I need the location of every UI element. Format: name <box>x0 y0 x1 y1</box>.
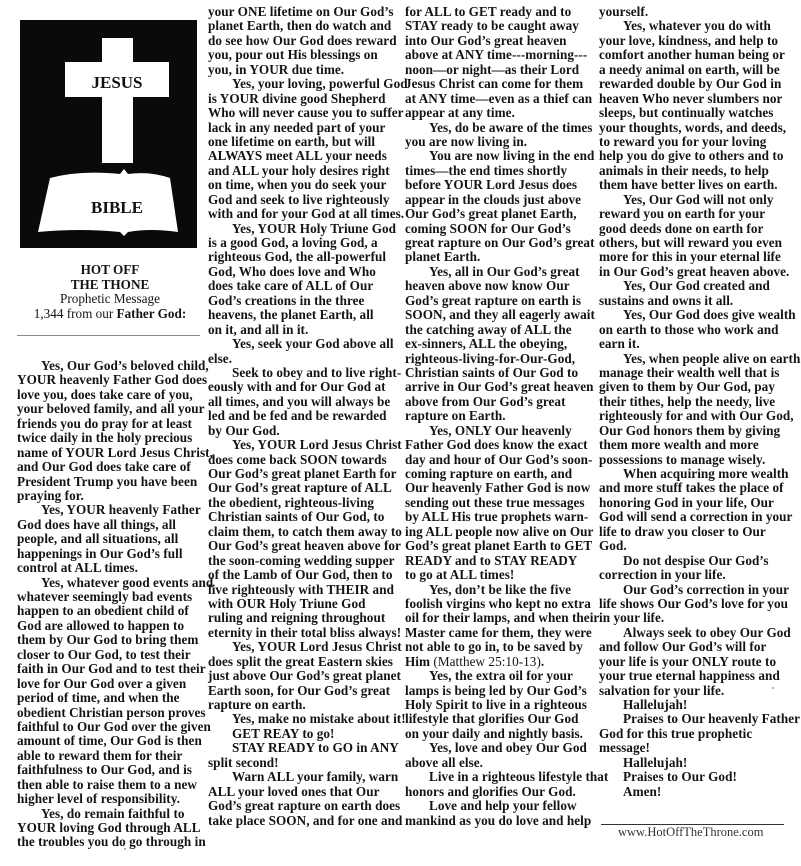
text-line: Father God does know the exact <box>405 438 597 452</box>
text-line: is YOUR divine good Shepherd <box>208 92 400 106</box>
text-line: Our God’s great planet Earth for <box>208 467 400 481</box>
text-line: reward you on earth for your <box>599 207 799 221</box>
text-line: foolish virgins who kept no extra <box>405 597 597 611</box>
text-line: happenings in Our God’s full <box>17 547 207 561</box>
text-line: live righteously with THEIR and <box>208 583 400 597</box>
text-line: Do not despise Our God’s <box>599 554 799 568</box>
text-line: you, in YOUR due time. <box>208 63 400 77</box>
text-line: at ANY time—even as a thief can <box>405 92 597 106</box>
text-line: sustains and owns it all. <box>599 294 799 308</box>
text-line: given to them by Our God, pay <box>599 380 799 394</box>
text-line: Yes, do remain faithful to <box>17 807 207 821</box>
text-line: does come back SOON towards <box>208 453 400 467</box>
text-line: split second! <box>208 756 400 770</box>
text-line: noon—or night—as their Lord <box>405 63 597 77</box>
text-line: faithfulness to Our God, and is <box>17 763 207 777</box>
text-line: help you do give to others and to <box>599 149 799 163</box>
text-line: God and seek to live righteously <box>208 193 400 207</box>
text-line: SOON, and they all eagerly await <box>405 308 597 322</box>
text-line: whatever seemingly bad events <box>17 590 207 604</box>
text-line: Seek to obey and to live right- <box>208 366 400 380</box>
text-line: righteous God, the all-powerful <box>208 250 400 264</box>
text-line: rewarded double by Our God in <box>599 77 799 91</box>
cross-label: JESUS <box>91 73 142 92</box>
text-line: Yes, all in Our God’s great <box>405 265 597 279</box>
speck <box>772 687 774 689</box>
text-line: the catching away of ALL the <box>405 323 597 337</box>
text-line: by Our God. <box>208 424 400 438</box>
text-line: lifestyle that glorifies Our God <box>405 712 597 726</box>
text-line: animals in their needs, to help <box>599 164 799 178</box>
text-line: Christian saints of Our God, to <box>208 510 400 524</box>
text-line: Live in a righteous lifestyle that <box>405 770 597 784</box>
text-line: arrive in Our God’s great heaven <box>405 380 597 394</box>
text-line: on earth to those who work and <box>599 323 799 337</box>
text-line: sending out these true messages <box>405 496 597 510</box>
text-line: eternity in their total bliss always! <box>208 626 400 640</box>
text-line: Love and help your fellow <box>405 799 597 813</box>
text-line: God’s creations in the three <box>208 294 400 308</box>
text-line: Yes, Our God will not only <box>599 193 799 207</box>
text-line: them more wealth and more <box>599 438 799 452</box>
text-line: God are allowed to happen to <box>17 619 207 633</box>
text-line: possessions to manage wisely. <box>599 453 799 467</box>
text-line: obedient Christian person proves <box>17 706 207 720</box>
text-line: and more stuff takes the place of <box>599 481 799 495</box>
text-line: with OUR Holy Triune God <box>208 597 400 611</box>
text-line: Yes, Our God’s beloved child, <box>17 359 207 373</box>
text-line: manage their wealth well that is <box>599 366 799 380</box>
text-line: then able to raise them to a new <box>17 778 207 792</box>
text-line: one lifetime on earth, but will <box>208 135 400 149</box>
text-line: God’s great rapture on earth does <box>208 799 400 813</box>
text-line: above all else. <box>405 756 597 770</box>
text-line: righteously for and with Our God, <box>599 409 799 423</box>
text-line: else. <box>208 352 400 366</box>
text-line: ing ALL people now alive on Our <box>405 525 597 539</box>
text-line: Earth soon, for Our God’s great <box>208 684 400 698</box>
text-line: do see how Our God does reward <box>208 34 400 48</box>
text-line: to go at ALL times! <box>405 568 597 582</box>
message-number-text: 1,344 from our <box>34 306 117 321</box>
text-line: praying for. <box>17 489 207 503</box>
text-line: When acquiring more wealth <box>599 467 799 481</box>
text-line: God does have all things, all <box>17 518 207 532</box>
text-line: Yes, YOUR Lord Jesus Christ <box>208 640 400 654</box>
text-line: closer to Our God, to test their <box>17 648 207 662</box>
text-line: Always seek to obey Our God <box>599 626 799 640</box>
text-line: Amen! <box>599 785 799 799</box>
text-line: Yes, do be aware of the times <box>405 121 597 135</box>
text-line: and follow Our God’s will for <box>599 640 799 654</box>
text-line: Christian saints of Our God to <box>405 366 597 380</box>
text-line: coming rapture on earth, and <box>405 467 597 481</box>
text-line: the soon-coming wedding supper <box>208 554 400 568</box>
text-line: rapture on earth. <box>208 698 400 712</box>
text-line: Yes, your loving, powerful God <box>208 77 400 91</box>
text-line: lack in any needed part of your <box>208 121 400 135</box>
text-line: you, pour out His blessings on <box>208 48 400 62</box>
text-line: Yes, love and obey Our God <box>405 741 597 755</box>
text-line: your love, kindness, and help to <box>599 34 799 48</box>
text-line: God’s great rapture on earth is <box>405 294 597 308</box>
text-line: Yes, don’t be like the five <box>405 583 597 597</box>
text-line: in your life. <box>599 611 799 625</box>
text-line: Our God’s great heaven above for <box>208 539 400 553</box>
text-line: Yes, the extra oil for your <box>405 669 597 683</box>
text-line: Our God honors them by giving <box>599 424 799 438</box>
article-column-4: yourself.Yes, whatever you do withyour l… <box>599 5 799 799</box>
speck <box>124 848 126 850</box>
text-line: above from Our God’s great <box>405 395 597 409</box>
text-line: ALL your loved ones that Our <box>208 785 400 799</box>
text-line: ruling and reigning throughout <box>208 611 400 625</box>
book-label: BIBLE <box>91 198 143 217</box>
text-line: President Trump you have been <box>17 475 207 489</box>
text-line: for ALL to GET ready and to <box>405 5 597 19</box>
message-caption: HOT OFF THE THONE Prophetic Message 1,34… <box>15 263 205 321</box>
text-line: YOUR heavenly Father God does <box>17 373 207 387</box>
text-line: and Our God does take care of <box>17 460 207 474</box>
text-line: honoring God in your life, Our <box>599 496 799 510</box>
text-line: righteous-living-for-Our-God, <box>405 352 597 366</box>
text-line: on your daily and nightly basis. <box>405 727 597 741</box>
text-line: Holy Spirit to live in a righteous <box>405 698 597 712</box>
text-line: does take care of ALL of Our <box>208 279 400 293</box>
text-line: Our God’s great rapture of ALL <box>208 481 400 495</box>
text-line: God, Who does love and Who <box>208 265 400 279</box>
text-line: Him (Matthew 25:10-13). <box>405 655 597 669</box>
text-line: Praises to Our God! <box>599 770 799 784</box>
text-line: above at ANY time---morning--- <box>405 48 597 62</box>
text-line: a needy animal on earth, will be <box>599 63 799 77</box>
text-line: READY and to STAY READY <box>405 554 597 568</box>
text-line: Jesus Christ can come for them <box>405 77 597 91</box>
text-line: Yes, YOUR Holy Triune God <box>208 222 400 236</box>
text-line: more for this in your eternal life <box>599 250 799 264</box>
article-column-2: your ONE lifetime on Our God’splanet Ear… <box>208 5 400 828</box>
cross-and-bible-icon: JESUS BIBLE <box>20 20 197 248</box>
text-line: Praises to Our heavenly Father <box>599 712 799 726</box>
text-line: Yes, ONLY Our heavenly <box>405 424 597 438</box>
text-line: period of time, and when the <box>17 691 207 705</box>
text-line: ALWAYS meet ALL your needs <box>208 149 400 163</box>
text-line: GET REAY to go! <box>208 727 400 741</box>
text-line: is a good God, a loving God, a <box>208 236 400 250</box>
text-line: Hallelujah! <box>599 756 799 770</box>
text-line: Yes, whatever good events and <box>17 576 207 590</box>
text-line: planet Earth, then do watch and <box>208 19 400 33</box>
text-line: life shows Our God’s love for you <box>599 597 799 611</box>
text-line: your true eternal happiness and <box>599 669 799 683</box>
text-line: into Our God’s great heaven <box>405 34 597 48</box>
text-line: rapture on Earth. <box>405 409 597 423</box>
text-line: Warn ALL your family, warn <box>208 770 400 784</box>
text-line: your beloved family, and all your <box>17 402 207 416</box>
text-line: correction in your life. <box>599 568 799 582</box>
text-line: others, but will reward you even <box>599 236 799 250</box>
text-line: good deeds done on earth for <box>599 222 799 236</box>
text-line: name of YOUR Lord Jesus Christ, <box>17 446 207 460</box>
text-line: yourself. <box>599 5 799 19</box>
text-line: Yes, when people alive on earth <box>599 352 799 366</box>
text-line: Yes, YOUR Lord Jesus Christ <box>208 438 400 452</box>
text-line: salvation for your life. <box>599 684 799 698</box>
text-line: Yes, Our God created and <box>599 279 799 293</box>
text-line: amount of time, Our God is then <box>17 734 207 748</box>
text-line: faithful to Our God over the given <box>17 720 207 734</box>
text-line: Our God’s correction in your <box>599 583 799 597</box>
text-line: people, and all situations, all <box>17 532 207 546</box>
text-line: and ALL your holy desires right <box>208 164 400 178</box>
text-line: planet Earth. <box>405 250 597 264</box>
text-line: life to draw you closer to Our <box>599 525 799 539</box>
text-line: Yes, Our God does give wealth <box>599 308 799 322</box>
text-line: Hallelujah! <box>599 698 799 712</box>
text-line: control at ALL times. <box>17 561 207 575</box>
text-line: take place SOON, and for one and <box>208 814 400 828</box>
message-source: Father God: <box>117 306 187 321</box>
text-line: your life is your ONLY route to <box>599 655 799 669</box>
text-line: STAY ready to be caught away <box>405 19 597 33</box>
text-line: your ONE lifetime on Our God’s <box>208 5 400 19</box>
text-line: your thoughts, words, and deeds, <box>599 121 799 135</box>
text-line: coming SOON for Our God’s <box>405 222 597 236</box>
text-line: day and hour of Our God’s soon- <box>405 453 597 467</box>
text-line: not able to go in, to be saved by <box>405 640 597 654</box>
text-line: earn it. <box>599 337 799 351</box>
text-line: higher level of responsibility. <box>17 792 207 806</box>
text-line: message! <box>599 741 799 755</box>
text-line: faith in Our God and to test their <box>17 662 207 676</box>
text-line: Yes, whatever you do with <box>599 19 799 33</box>
text-line: heaven above now know Our <box>405 279 597 293</box>
text-line: oil for their lamps, and when their <box>405 611 597 625</box>
text-line: twice daily in the holy precious <box>17 431 207 445</box>
text-line: all times, and you will always be <box>208 395 400 409</box>
text-line: just above Our God’s great planet <box>208 669 400 683</box>
text-line: them by Our God to bring them <box>17 633 207 647</box>
text-line: able to reward them for their <box>17 749 207 763</box>
text-line: you are now living in. <box>405 135 597 149</box>
text-line: Our God’s great planet Earth, <box>405 207 597 221</box>
text-line: You are now living in the end <box>405 149 597 163</box>
text-line: sleeps, but continually watches <box>599 106 799 120</box>
text-line: STAY READY to GO in ANY <box>208 741 400 755</box>
text-line: great rapture on Our God’s great <box>405 236 597 250</box>
text-line: love for Our God over a given <box>17 677 207 691</box>
text-line: by ALL His true prophets warn- <box>405 510 597 524</box>
text-line: claim them, to catch them away to <box>208 525 400 539</box>
text-line: ex-sinners, ALL the obeying, <box>405 337 597 351</box>
text-line: appear in the clouds just above <box>405 193 597 207</box>
text-line: their tithes, help the needy, live <box>599 395 799 409</box>
text-line: in Our God’s great heaven above. <box>599 265 799 279</box>
text-line: Yes, seek your God above all <box>208 337 400 351</box>
caption-title-line1: HOT OFF <box>15 263 205 278</box>
text-line: with and for your God at all times. <box>208 207 400 221</box>
text-line: does split the great Eastern skies <box>208 655 400 669</box>
text-line: lamps is being led by Our God’s <box>405 684 597 698</box>
text-line: on time, when you do seek your <box>208 178 400 192</box>
text-line: before YOUR Lord Jesus does <box>405 178 597 192</box>
caption-title-line2: THE THONE <box>15 278 205 293</box>
text-line: Yes, make no mistake about it! <box>208 712 400 726</box>
website-url[interactable]: www.HotOffTheThrone.com <box>618 825 763 840</box>
text-line: of the Lamb of Our God, then to <box>208 568 400 582</box>
text-line: comfort another human being or <box>599 48 799 62</box>
text-line: the obedient, righteous-living <box>208 496 400 510</box>
article-column-3: for ALL to GET ready and toSTAY ready to… <box>405 5 597 828</box>
text-line: them have better lives on earth. <box>599 178 799 192</box>
caption-subtitle: Prophetic Message <box>15 292 205 307</box>
text-line: happen to an obedient child of <box>17 604 207 618</box>
text-line: mankind as you do love and help <box>405 814 597 828</box>
text-line: God’s great planet Earth to GET <box>405 539 597 553</box>
text-line: to reward you for your loving <box>599 135 799 149</box>
text-line: appear at any time. <box>405 106 597 120</box>
caption-separator <box>17 335 200 336</box>
text-line: God for this true prophetic <box>599 727 799 741</box>
text-line: God. <box>599 539 799 553</box>
text-line: Yes, YOUR heavenly Father <box>17 503 207 517</box>
text-line: friends you do pray for at least <box>17 417 207 431</box>
text-line: eously with and for Our God at <box>208 380 400 394</box>
jesus-bible-logo: JESUS BIBLE <box>20 20 197 248</box>
text-line: God will send a correction in your <box>599 510 799 524</box>
text-line: led and be fed and be rewarded <box>208 409 400 423</box>
text-line: honors and glorifies Our God. <box>405 785 597 799</box>
text-line: times—the end times shortly <box>405 164 597 178</box>
article-column-1: Yes, Our God’s beloved child,YOUR heaven… <box>17 359 207 850</box>
text-line: Our heavenly Father God is now <box>405 481 597 495</box>
text-line: YOUR loving God through ALL <box>17 821 207 835</box>
caption-message-number: 1,344 from our Father God: <box>15 307 205 322</box>
text-line: the troubles you do go through in <box>17 835 207 849</box>
scripture-reference: (Matthew 25:10-13) <box>433 654 540 669</box>
text-line: on it, and all in it. <box>208 323 400 337</box>
text-line: Who will never cause you to suffer <box>208 106 400 120</box>
text-line: Master came for them, they were <box>405 626 597 640</box>
text-line: love you, does take care of you, <box>17 388 207 402</box>
text-line: heavens, the planet Earth, all <box>208 308 400 322</box>
text-line: heaven Who never slumbers nor <box>599 92 799 106</box>
